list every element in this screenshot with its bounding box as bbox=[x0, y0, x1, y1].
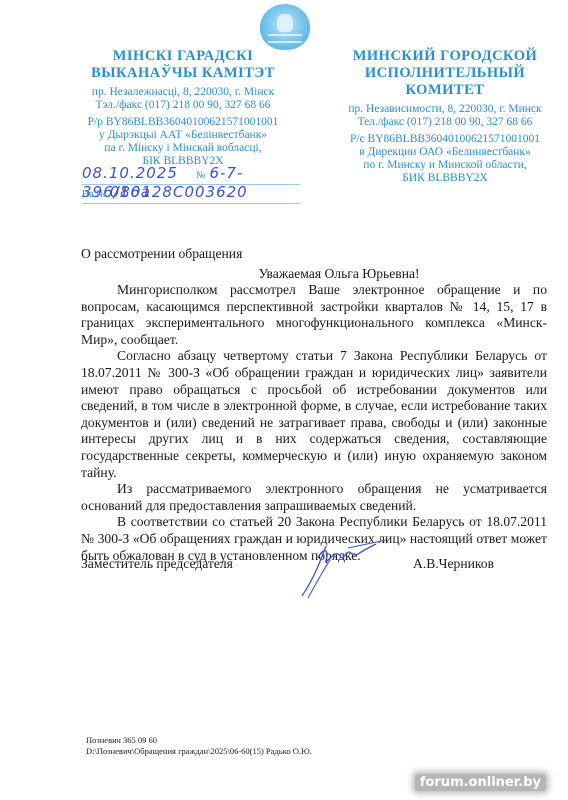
document-footer: Позневич 365 09 60 D:\Позневич\Обращения… bbox=[86, 735, 312, 756]
executor-contact: Позневич 365 09 60 bbox=[86, 735, 312, 746]
coat-of-arms-emblem-icon bbox=[260, 4, 310, 50]
phone: Тэл./факс (017) 218 00 90, 327 68 66 bbox=[78, 99, 288, 112]
bank-name: в Дирекции ОАО «Белинвестбанк» bbox=[330, 146, 560, 159]
org-name-line1: МІНСКІ ГАРАДСКІ bbox=[78, 48, 288, 65]
bic: БИК BLBBBY2X bbox=[330, 172, 560, 185]
org-name-line2: ИСПОЛНИТЕЛЬНЫЙ КОМИТЕТ bbox=[330, 65, 560, 99]
bank-account: Р/р BY86BLBB36040100621571001001 bbox=[78, 116, 288, 129]
address: пр. Независимости, 8, 220030, г. Минск bbox=[330, 103, 560, 116]
letter-subject: О рассмотрении обращения bbox=[81, 246, 242, 262]
bank-name: у Дырэкцыі ААТ «Белінвестбанк» bbox=[78, 129, 288, 142]
letterhead-belarusian: МІНСКІ ГАРАДСКІ ВЫКАНАЎЧЫ КАМІТЭТ пр. Не… bbox=[78, 48, 288, 168]
letter-body: Мингорисполком рассмотрел Ваше электронн… bbox=[81, 282, 547, 564]
number-label: № bbox=[196, 170, 206, 181]
bank-region: па г. Мінску і Мінскай вобласці, bbox=[78, 142, 288, 155]
phone: Тел./факс (017) 218 00 90, 327 68 66 bbox=[330, 116, 560, 129]
paragraph-3: Из рассматриваемого электронного обращен… bbox=[81, 481, 547, 514]
org-name-line1: МИНСКИЙ ГОРОДСКОЙ bbox=[330, 48, 560, 65]
outgoing-date: 08.10.2025 bbox=[82, 164, 178, 182]
incoming-reference: На № 080128С003620 bbox=[82, 183, 300, 204]
org-name-line2: ВЫКАНАЎЧЫ КАМІТЭТ bbox=[78, 65, 288, 82]
handwritten-signature-icon bbox=[296, 538, 396, 600]
source-watermark: forum.onliner.by bbox=[415, 774, 546, 791]
bank-region: по г. Минску и Минской области, bbox=[330, 159, 560, 172]
address: пр. Незалежнасці, 8, 220030, г. Мінск bbox=[78, 86, 288, 99]
outgoing-reference: 08.10.2025 № 6-7-396/16а bbox=[82, 164, 300, 185]
file-path: D:\Позневич\Обращения граждан\2025\06-60… bbox=[86, 746, 312, 757]
reply-to-label: На № bbox=[82, 189, 106, 200]
reply-to-number: 080128С003620 bbox=[110, 183, 248, 201]
paragraph-2: Согласно абзацу четвертому статьи 7 Зако… bbox=[81, 348, 547, 481]
signatory-title: Заместитель председателя bbox=[81, 556, 233, 572]
salutation: Уважаемая Ольга Юрьевна! bbox=[81, 266, 547, 282]
bank-account: Р/с BY86BLBB36040100621571001001 bbox=[330, 133, 560, 146]
letterhead-russian: МИНСКИЙ ГОРОДСКОЙ ИСПОЛНИТЕЛЬНЫЙ КОМИТЕТ… bbox=[330, 48, 560, 185]
paragraph-1: Мингорисполком рассмотрел Ваше электронн… bbox=[81, 282, 547, 348]
signatory-name: А.В.Черников bbox=[413, 556, 494, 572]
